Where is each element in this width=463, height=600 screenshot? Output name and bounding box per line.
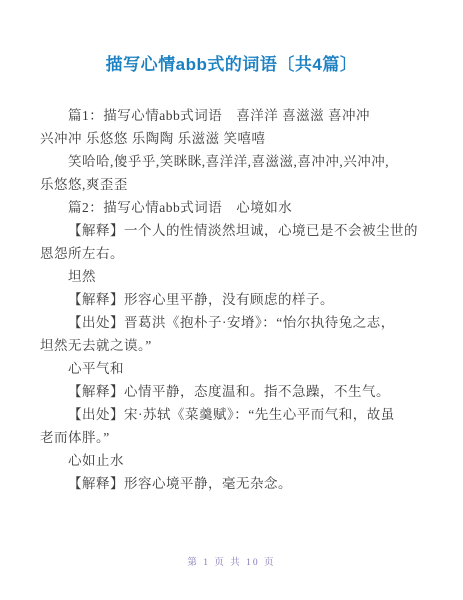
text-line: 【解释】一个人的性情淡然坦诚，心境已是不会被尘世的 <box>40 219 429 242</box>
text-line: 笑哈哈,傻乎乎,笑眯眯,喜洋洋,喜滋滋,喜冲冲,兴冲冲, <box>40 150 429 173</box>
document-body: 篇1：描写心情abb式词语 喜洋洋 喜滋滋 喜冲冲兴冲冲 乐悠悠 乐陶陶 乐滋滋… <box>40 104 429 495</box>
text-line: 老而体胖。” <box>40 426 429 449</box>
text-line: 【出处】宋·苏轼《菜羹赋》：“先生心平而气和，故虽 <box>40 403 429 426</box>
page-footer: 第 1 页 共 10 页 <box>0 554 463 568</box>
text-line: 心平气和 <box>40 357 429 380</box>
text-line: 篇2：描写心情abb式词语 心境如水 <box>40 196 429 219</box>
text-line: 【出处】晋葛洪《抱朴子·安塉》：“怡尔执待兔之志， <box>40 311 429 334</box>
text-line: 心如止水 <box>40 449 429 472</box>
text-line: 【解释】形容心里平静，没有顾虑的样子。 <box>40 288 429 311</box>
text-line: 【解释】形容心境平静，毫无杂念。 <box>40 472 429 495</box>
text-line: 坦然 <box>40 265 429 288</box>
text-line: 坦然无去就之谟。” <box>40 334 429 357</box>
document-page: 描写心情abb式的词语〔共4篇〕 篇1：描写心情abb式词语 喜洋洋 喜滋滋 喜… <box>0 0 463 600</box>
page-title: 描写心情abb式的词语〔共4篇〕 <box>0 0 463 78</box>
text-line: 【解释】心情平静，态度温和。指不急躁，不生气。 <box>40 380 429 403</box>
text-line: 兴冲冲 乐悠悠 乐陶陶 乐滋滋 笑嘻嘻 <box>40 127 429 150</box>
text-line: 恩怨所左右。 <box>40 242 429 265</box>
text-line: 乐悠悠,爽歪歪 <box>40 173 429 196</box>
text-line: 篇1：描写心情abb式词语 喜洋洋 喜滋滋 喜冲冲 <box>40 104 429 127</box>
